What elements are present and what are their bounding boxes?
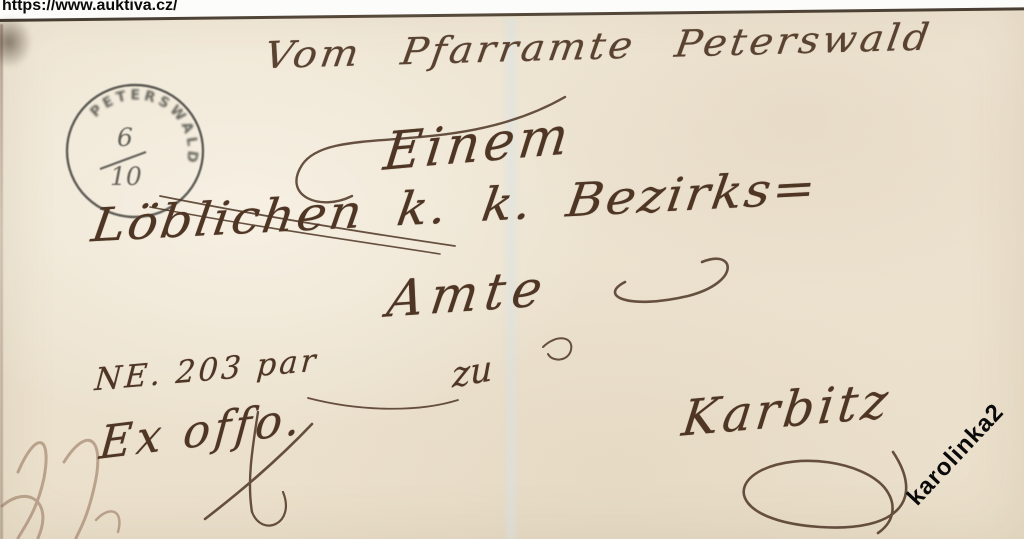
- envelope-corner-shadow: [0, 16, 32, 68]
- envelope-left-edge: [0, 24, 3, 539]
- postmark-month: 10: [110, 162, 142, 191]
- scanned-cover-image: PETERSWALD 6 10: [0, 0, 1024, 539]
- source-url-overlay: https://www.auktiva.cz/: [2, 0, 177, 15]
- postmark-day: 6: [117, 123, 133, 152]
- addressee-line-2: Amte: [384, 259, 553, 329]
- postmark-town-text: PETERSWALD: [87, 87, 200, 166]
- destination-preposition: zu: [452, 349, 492, 397]
